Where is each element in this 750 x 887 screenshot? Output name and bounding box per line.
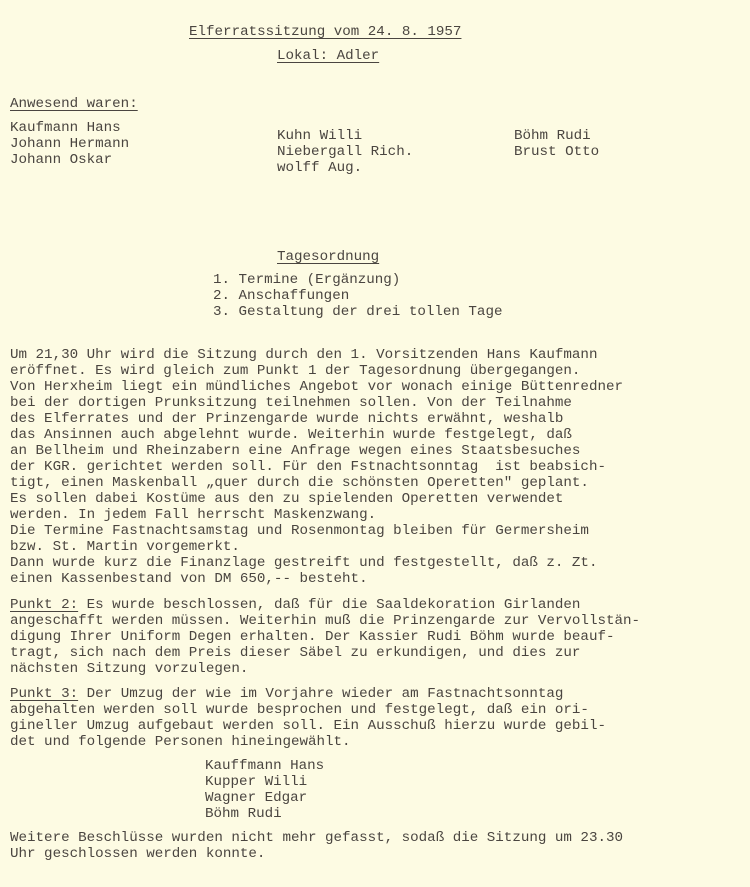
attendee: Kuhn Willi (277, 128, 413, 144)
meeting-location: Lokal: Adler (277, 48, 379, 64)
committee-member: Kauffmann Hans (205, 758, 324, 774)
line-text: Der Umzug der wie im Vorjahre wieder am … (78, 686, 563, 702)
agenda-item: 3. Gestaltung der drei tollen Tage (213, 304, 502, 320)
text-line: Weitere Beschlüsse wurden nicht mehr gef… (10, 830, 623, 846)
attendee: Brust Otto (514, 144, 599, 160)
text-line: gineller Umzug aufgebaut werden soll. Ei… (10, 718, 606, 734)
text-line: der KGR. gerichtet werden soll. Für den … (10, 459, 623, 475)
text-line: Punkt 3: Der Umzug der wie im Vorjahre w… (10, 686, 606, 702)
text-line: einen Kassenbestand von DM 650,-- besteh… (10, 571, 623, 587)
closing-paragraph: Weitere Beschlüsse wurden nicht mehr gef… (10, 830, 623, 862)
attendee: Johann Oskar (10, 152, 129, 168)
text-line: des Elferrates und der Prinzengarde wurd… (10, 411, 623, 427)
attendance-column-3: Böhm Rudi Brust Otto (514, 128, 599, 160)
paragraph-point-2: Punkt 2: Es wurde beschlossen, daß für d… (10, 597, 640, 677)
committee-list: Kauffmann Hans Kupper Willi Wagner Edgar… (205, 758, 324, 822)
committee-member: Böhm Rudi (205, 806, 324, 822)
text-line: abgehalten werden soll wurde besprochen … (10, 702, 606, 718)
attendee: wolff Aug. (277, 160, 413, 176)
document-title: Elferratssitzung vom 24. 8. 1957 (189, 24, 461, 40)
committee-member: Kupper Willi (205, 774, 324, 790)
agenda-list: 1. Termine (Ergänzung) 2. Anschaffungen … (213, 272, 502, 320)
text-line: Punkt 2: Es wurde beschlossen, daß für d… (10, 597, 640, 613)
text-line: digung Ihrer Uniform Degen erhalten. Der… (10, 629, 640, 645)
text-line: tragt, sich nach dem Preis dieser Säbel … (10, 645, 640, 661)
line-text: Es wurde beschlossen, daß für die Saalde… (78, 597, 580, 613)
attendee: Johann Hermann (10, 136, 129, 152)
attendee: Böhm Rudi (514, 128, 599, 144)
point-label: Punkt 3: (10, 686, 78, 702)
text-line: Von Herxheim liegt ein mündliches Angebo… (10, 379, 623, 395)
text-line: nächsten Sitzung vorzulegen. (10, 661, 640, 677)
attendee: Kaufmann Hans (10, 120, 129, 136)
text-line: angeschafft werden müssen. Weiterhin muß… (10, 613, 640, 629)
agenda-item: 2. Anschaffungen (213, 288, 502, 304)
agenda-title: Tagesordnung (277, 249, 379, 265)
text-line: bei der dortigen Prunksitzung teilnehmen… (10, 395, 623, 411)
committee-member: Wagner Edgar (205, 790, 324, 806)
text-line: Dann wurde kurz die Finanzlage gestreift… (10, 555, 623, 571)
text-line: tigt, einen Maskenball „quer durch die s… (10, 475, 623, 491)
attendee: Niebergall Rich. (277, 144, 413, 160)
attendance-label: Anwesend waren: (10, 96, 138, 112)
attendance-column-1: Kaufmann Hans Johann Hermann Johann Oska… (10, 120, 129, 168)
paragraph-point-1: Um 21,30 Uhr wird die Sitzung durch den … (10, 347, 623, 587)
point-label: Punkt 2: (10, 597, 78, 613)
text-line: bzw. St. Martin vorgemerkt. (10, 539, 623, 555)
text-line: Es sollen dabei Kostüme aus den zu spiel… (10, 491, 623, 507)
text-line: det und folgende Personen hineingewählt. (10, 734, 606, 750)
text-line: werden. In jedem Fall herrscht Maskenzwa… (10, 507, 623, 523)
text-line: Die Termine Fastnachtsamstag und Rosenmo… (10, 523, 623, 539)
attendance-column-2: Kuhn Willi Niebergall Rich. wolff Aug. (277, 128, 413, 176)
paragraph-point-3: Punkt 3: Der Umzug der wie im Vorjahre w… (10, 686, 606, 750)
text-line: das Ansinnen auch abgelehnt wurde. Weite… (10, 427, 623, 443)
text-line: Um 21,30 Uhr wird die Sitzung durch den … (10, 347, 623, 363)
text-line: Uhr geschlossen werden konnte. (10, 846, 623, 862)
text-line: an Bellheim und Rheinzabern eine Anfrage… (10, 443, 623, 459)
text-line: eröffnet. Es wird gleich zum Punkt 1 der… (10, 363, 623, 379)
agenda-item: 1. Termine (Ergänzung) (213, 272, 502, 288)
